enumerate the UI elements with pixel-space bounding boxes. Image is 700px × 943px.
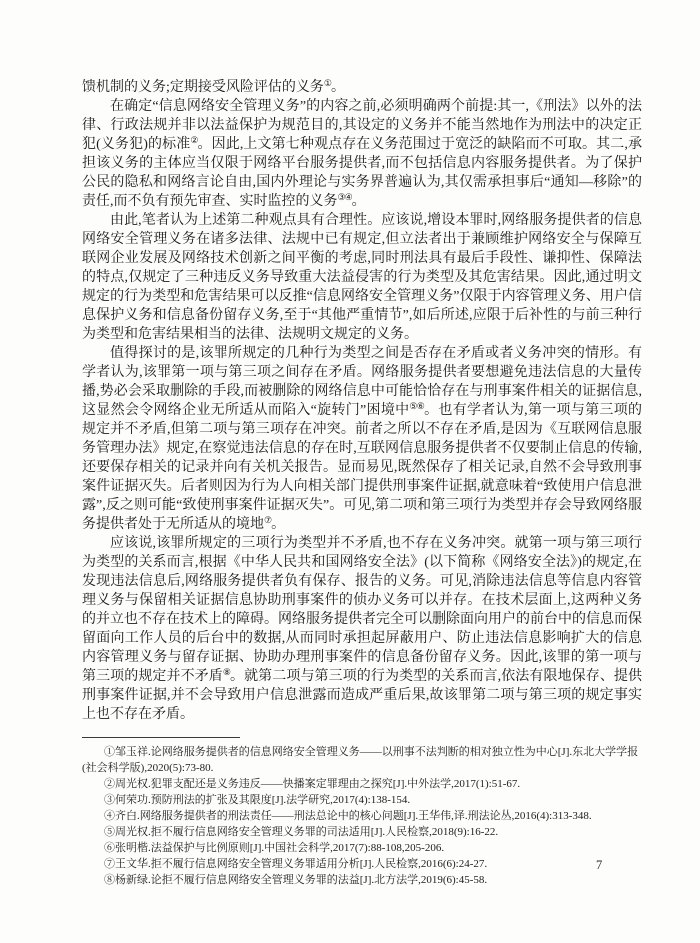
body-paragraph: 在确定“信息网络安全管理义务”的内容之前,必须明确两个前提:其一,《刑法》以外的… <box>82 97 642 211</box>
footnotes-list: ①邹玉祥.论网络服务提供者的信息网络安全管理义务——以刑事不法判断的相对独立性为… <box>82 744 642 888</box>
body-text: 馈机制的义务;定期接受风险评估的义务①。在确定“信息网络安全管理义务”的内容之前… <box>82 78 642 724</box>
footnote-ref: ③④ <box>338 192 352 202</box>
footnote-ref: ⑤⑥ <box>409 401 424 411</box>
paper-page: 馈机制的义务;定期接受风险评估的义务①。在确定“信息网络安全管理义务”的内容之前… <box>0 0 700 943</box>
footnote-item: ①邹玉祥.论网络服务提供者的信息网络安全管理义务——以刑事不法判断的相对独立性为… <box>82 744 642 776</box>
body-paragraph: 值得探讨的是,该罪所规定的几种行为类型之间是否存在矛盾或者义务冲突的情形。有学者… <box>82 344 642 534</box>
footnote-divider <box>82 737 240 738</box>
footnote-ref: ② <box>190 135 197 145</box>
footnote-item: ②周光权.犯罪支配还是义务违反——快播案定罪理由之探究[J].中外法学,2017… <box>82 776 642 792</box>
footnotes-section: ①邹玉祥.论网络服务提供者的信息网络安全管理义务——以刑事不法判断的相对独立性为… <box>82 737 642 888</box>
footnote-ref: ⑦ <box>264 515 271 525</box>
footnote-item: ⑧杨新绿.论拒不履行信息网络安全管理义务罪的法益[J].北方法学,2019(6)… <box>82 872 642 888</box>
body-paragraph: 馈机制的义务;定期接受风险评估的义务①。 <box>82 78 642 97</box>
body-paragraph: 由此,笔者认为上述第二种观点具有合理性。应该说,增设本罪时,网络服务提供者的信息… <box>82 211 642 344</box>
footnote-ref: ① <box>324 78 331 88</box>
footnote-item: ③何荣功.预防刑法的扩张及其限度[J].法学研究,2017(4):138-154… <box>82 792 642 808</box>
footnote-item: ⑥张明楷.法益保护与比例原则[J].中国社会科学,2017(7):88-108,… <box>82 840 642 856</box>
body-paragraph: 应该说,该罪所规定的三项行为类型并不矛盾,也不存在义务冲突。就第一项与第三项行为… <box>82 534 642 724</box>
footnote-ref: ⑧ <box>223 667 230 677</box>
footnote-item: ④齐白.网络服务提供者的刑法责任——刑法总论中的核心问题[J].王华伟,译.刑法… <box>82 808 642 824</box>
page-number: 7 <box>596 858 602 873</box>
footnote-item: ⑦王文华.拒不履行信息网络安全管理义务罪适用分析[J].人民检察,2016(6)… <box>82 856 642 872</box>
footnote-item: ⑤周光权.拒不履行信息网络安全管理义务罪的司法适用[J].人民检察,2018(9… <box>82 824 642 840</box>
